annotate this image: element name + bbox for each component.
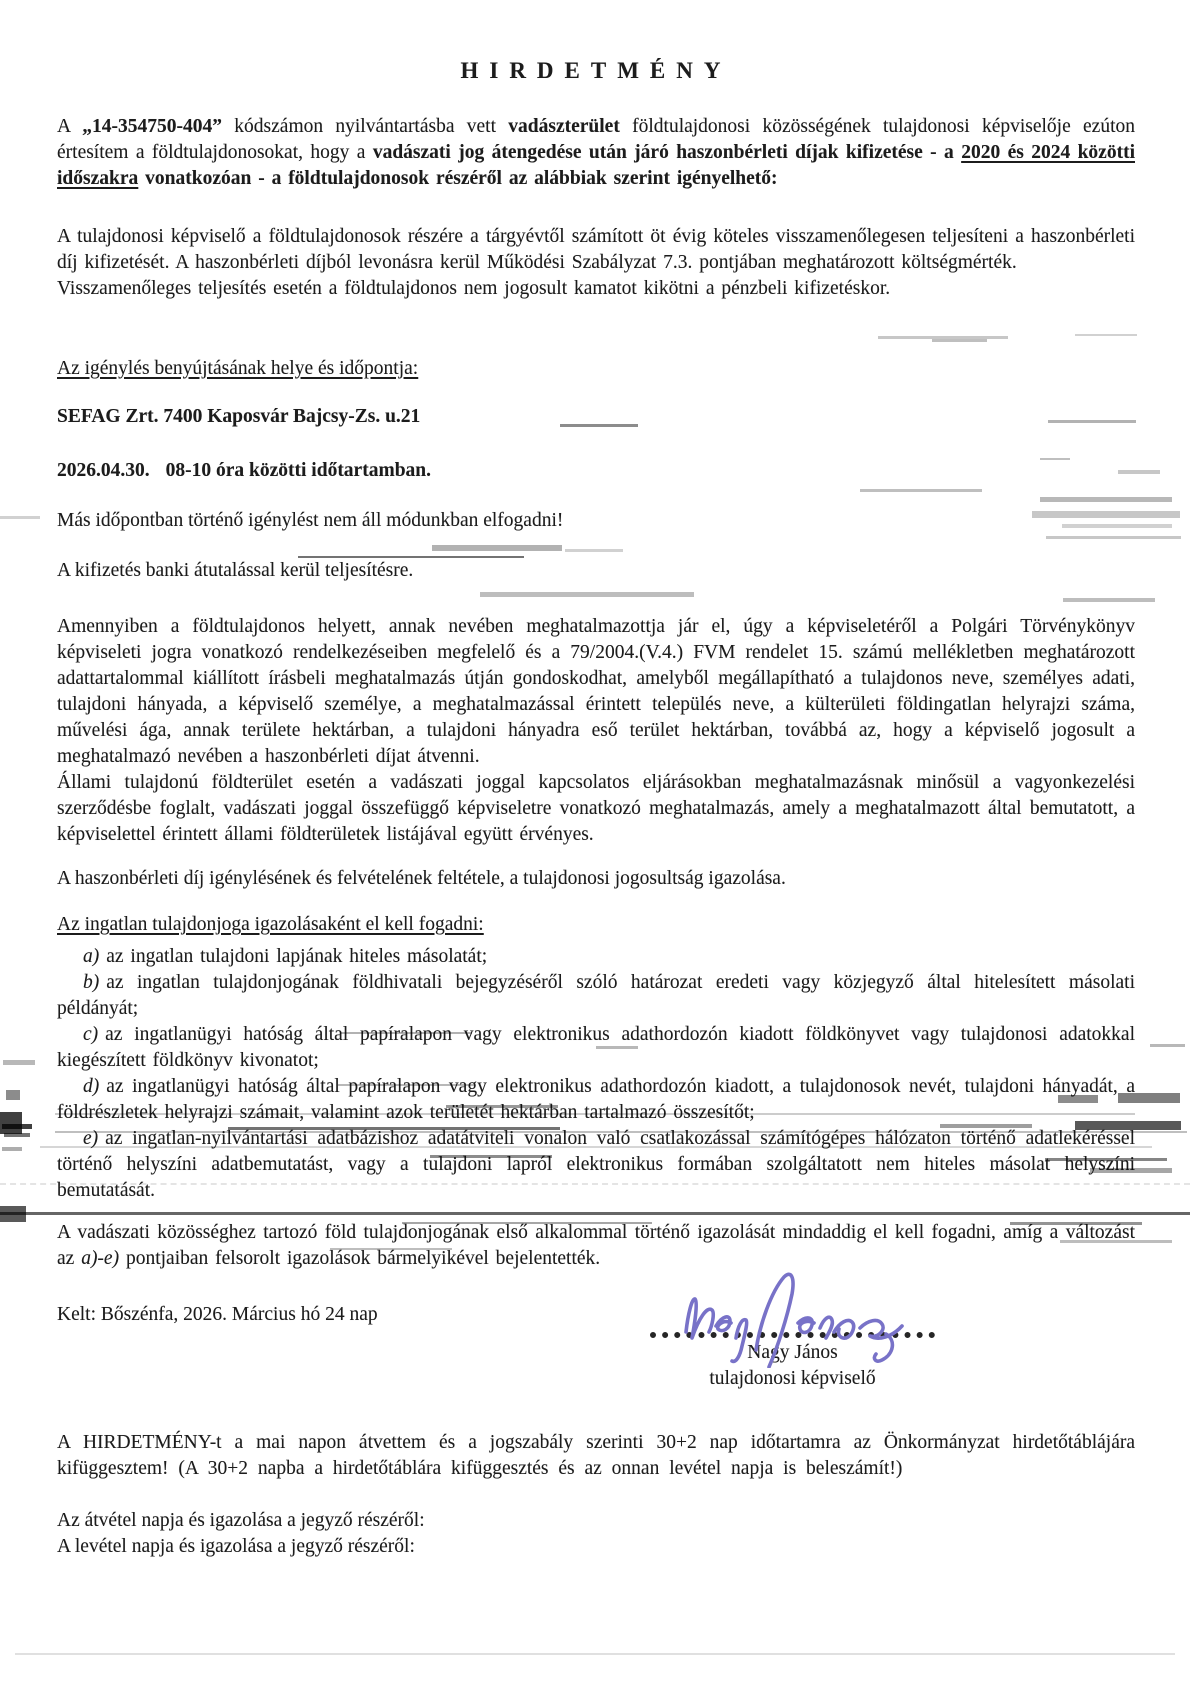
list-item-text: az ingatlanügyi hatóság által papíralapo… (57, 1076, 1135, 1123)
list-item: d)az ingatlanügyi hatóság által papírala… (57, 1074, 1135, 1126)
intro-text-bold: vonatkozóan - a földtulajdonosok részérő… (138, 168, 777, 189)
proxy-paragraph: Amennyiben a földtulajdonos helyett, ann… (57, 614, 1135, 770)
signature-row: Kelt: Bőszénfa, 2026. Március hó 24 nap (57, 1276, 1135, 1392)
list-item-marker: c) (83, 1024, 98, 1045)
acceptance-paragraph: A vadászati közösséghez tartozó föld tul… (57, 1220, 1135, 1272)
scan-noise-mark (15, 1653, 1175, 1655)
points-range: a)-e) (81, 1248, 119, 1269)
intro-paragraph: A „14-354750-404” kódszámon nyilvántartá… (57, 114, 1135, 192)
state-land-paragraph: Állami tulajdonú földterület esetén a va… (57, 770, 1135, 848)
list-item: b)az ingatlan tulajdonjogának földhivata… (57, 970, 1135, 1022)
receipt-paragraph: A HIRDETMÉNY-t a mai napon átvettem és a… (57, 1430, 1135, 1482)
list-item: c)az ingatlanügyi hatóság által papírala… (57, 1022, 1135, 1074)
list-item: a)az ingatlan tulajdoni lapjának hiteles… (57, 944, 1135, 970)
signature-dotted-line (650, 1332, 935, 1338)
signatory-role: tulajdonosi képviselő (650, 1366, 935, 1392)
territory-code: „14-354750-404” (82, 116, 222, 137)
claim-heading: Az igénylés benyújtásának helye és időpo… (57, 356, 1135, 382)
list-item-text: az ingatlan-nyilvántartási adatbázishoz … (57, 1128, 1135, 1201)
claim-time: 08-10 óra közötti időtartamban. (166, 460, 431, 481)
clerk-lines: Az átvétel napja és igazolása a jegyző r… (57, 1508, 1135, 1560)
claim-date: 2026.04.30. (57, 460, 150, 481)
obligation-paragraph: A tulajdonosi képviselő a földtulajdonos… (57, 224, 1135, 276)
other-time-note: Más időpontban történő igénylést nem áll… (57, 508, 1135, 534)
acceptance-text: pontjaiban felsorolt igazolások bármelyi… (119, 1248, 600, 1269)
list-item-marker: e) (83, 1128, 98, 1149)
scanned-notice-page: HIRDETMÉNY A „14-354750-404” kódszámon n… (0, 0, 1190, 1683)
proxy-block: Amennyiben a földtulajdonos helyett, ann… (57, 614, 1135, 848)
obligation-block: A tulajdonosi képviselő a földtulajdonos… (57, 224, 1135, 302)
claim-heading-text: Az igénylés benyújtásának helye és időpo… (57, 358, 418, 379)
document-title: HIRDETMÉNY (57, 58, 1135, 84)
intro-text: kódszámon nyilvántartásba vett (222, 116, 508, 137)
takedown-line: A levétel napja és igazolása a jegyző ré… (57, 1534, 1135, 1560)
list-item-text: az ingatlanügyi hatóság által papíralapo… (57, 1024, 1135, 1071)
takeover-line: Az átvétel napja és igazolása a jegyző r… (57, 1508, 1135, 1534)
signature-block: Nagy János tulajdonosi képviselő (650, 1276, 935, 1392)
list-item: e)az ingatlan-nyilvántartási adatbázisho… (57, 1126, 1135, 1204)
proof-heading: Az ingatlan tulajdonjoga igazolásaként e… (57, 912, 1135, 938)
list-item-marker: a) (83, 946, 99, 967)
proof-heading-text: Az ingatlan tulajdonjoga igazolásaként e… (57, 914, 484, 935)
list-item-marker: b) (83, 972, 99, 993)
condition-paragraph: A haszonbérleti díj igénylésének és felv… (57, 866, 1135, 892)
dateline: Kelt: Bőszénfa, 2026. Március hó 24 nap (57, 1302, 378, 1328)
signatory-name: Nagy János (650, 1340, 935, 1366)
hunting-area-term: vadászterület (508, 116, 620, 137)
list-item-text: az ingatlan tulajdonjogának földhivatali… (57, 972, 1135, 1019)
payment-note: A kifizetés banki átutalással kerül telj… (57, 558, 1135, 584)
intro-text: A (57, 116, 82, 137)
claim-address: SEFAG Zrt. 7400 Kaposvár Bajcsy-Zs. u.21 (57, 404, 1135, 430)
retroactive-note: Visszamenőleges teljesítés esetén a föld… (57, 276, 1135, 302)
proof-list: a)az ingatlan tulajdoni lapjának hiteles… (57, 944, 1135, 1204)
list-item-marker: d) (83, 1076, 99, 1097)
list-item-text: az ingatlan tulajdoni lapjának hiteles m… (106, 946, 487, 967)
claim-datetime: 2026.04.30.08-10 óra közötti időtartamba… (57, 458, 1135, 484)
document-body: HIRDETMÉNY A „14-354750-404” kódszámon n… (0, 0, 1190, 1560)
lease-fee-phrase: vadászati jog átengedése után járó haszo… (373, 142, 961, 163)
